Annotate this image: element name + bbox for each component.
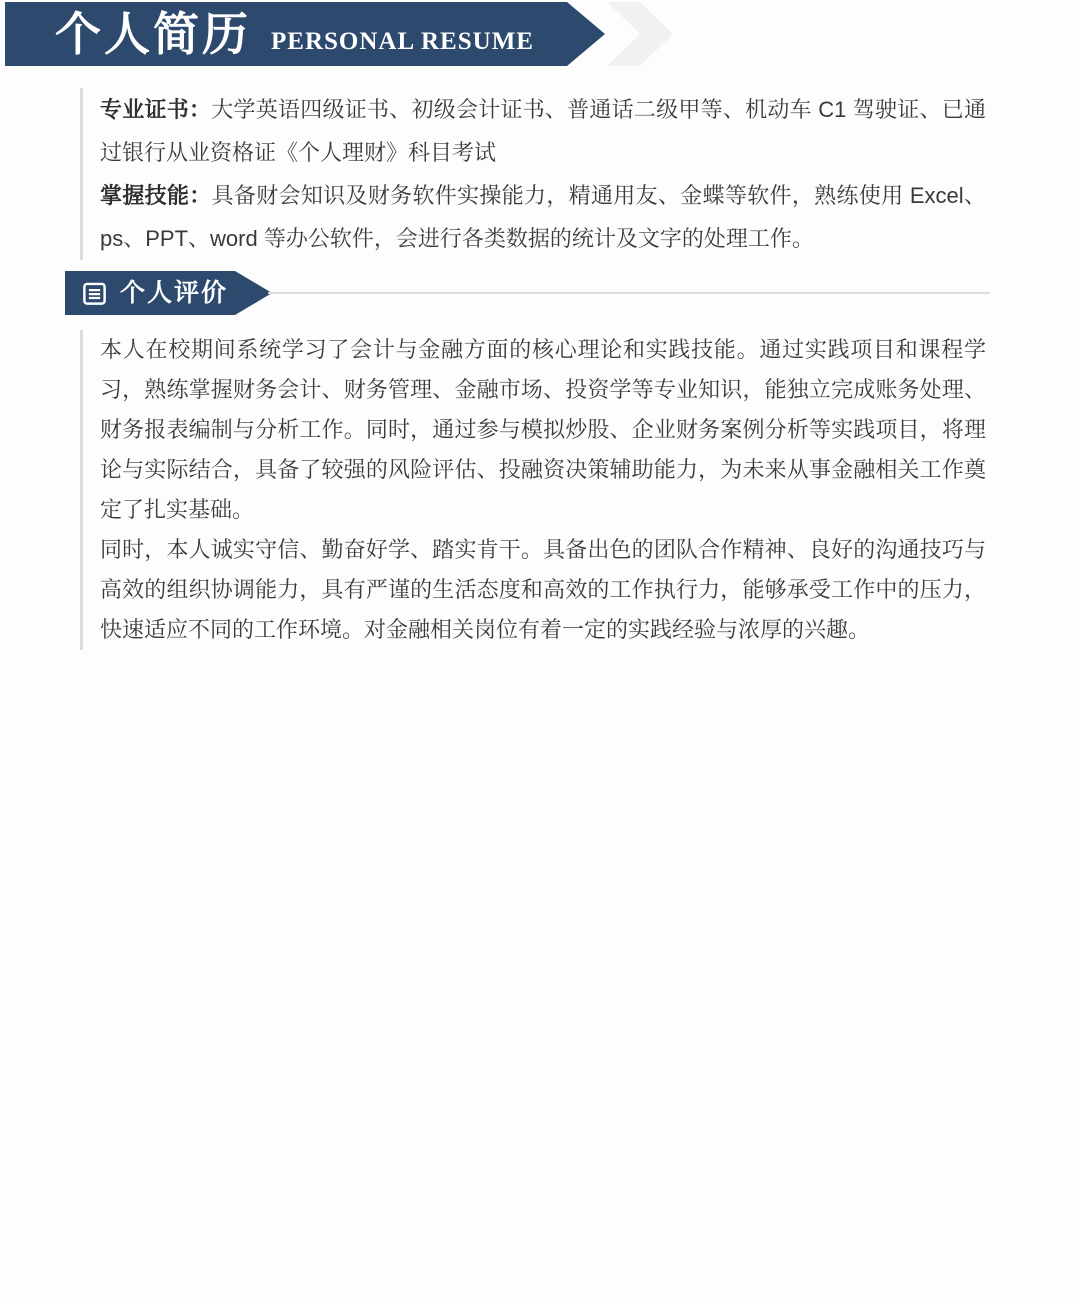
evaluation-block: 本人在校期间系统学习了会计与金融方面的核心理论和实践技能。通过实践项目和课程学习…	[80, 330, 986, 650]
document-lines-icon	[81, 280, 108, 307]
header-banner: 个人简历 PERSONAL RESUME	[5, 2, 605, 66]
skills-item: 掌握技能：具备财会知识及财务软件实操能力，精通用友、金蝶等软件，熟练使用 Exc…	[100, 174, 986, 260]
certificates-text: 大学英语四级证书、初级会计证书、普通话二级甲等、机动车 C1 驾驶证、已通过银行…	[100, 97, 986, 165]
skills-text: 具备财会知识及财务软件实操能力，精通用友、金蝶等软件，熟练使用 Excel、ps…	[100, 183, 986, 251]
evaluation-section-header: 个人评价	[65, 271, 990, 315]
evaluation-paragraph: 本人在校期间系统学习了会计与金融方面的核心理论和实践技能。通过实践项目和课程学习…	[100, 330, 986, 530]
evaluation-paragraph: 同时，本人诚实守信、勤奋好学、踏实肯干。具备出色的团队合作精神、良好的沟通技巧与…	[100, 530, 986, 650]
section-title: 个人评价	[120, 281, 228, 306]
chevron-right-icon	[607, 2, 673, 66]
section-ribbon: 个人评价	[65, 271, 272, 315]
skills-label: 掌握技能：	[100, 183, 212, 208]
page-title: 个人简历	[55, 11, 251, 57]
resume-page: 个人简历 PERSONAL RESUME 专业证书：大学英语四级证书、初级会计证…	[0, 0, 1080, 1303]
summary-block: 专业证书：大学英语四级证书、初级会计证书、普通话二级甲等、机动车 C1 驾驶证、…	[80, 88, 986, 260]
certificates-item: 专业证书：大学英语四级证书、初级会计证书、普通话二级甲等、机动车 C1 驾驶证、…	[100, 88, 986, 174]
section-divider-line	[268, 292, 990, 294]
page-subtitle: PERSONAL RESUME	[271, 29, 534, 54]
certificates-label: 专业证书：	[100, 97, 211, 122]
